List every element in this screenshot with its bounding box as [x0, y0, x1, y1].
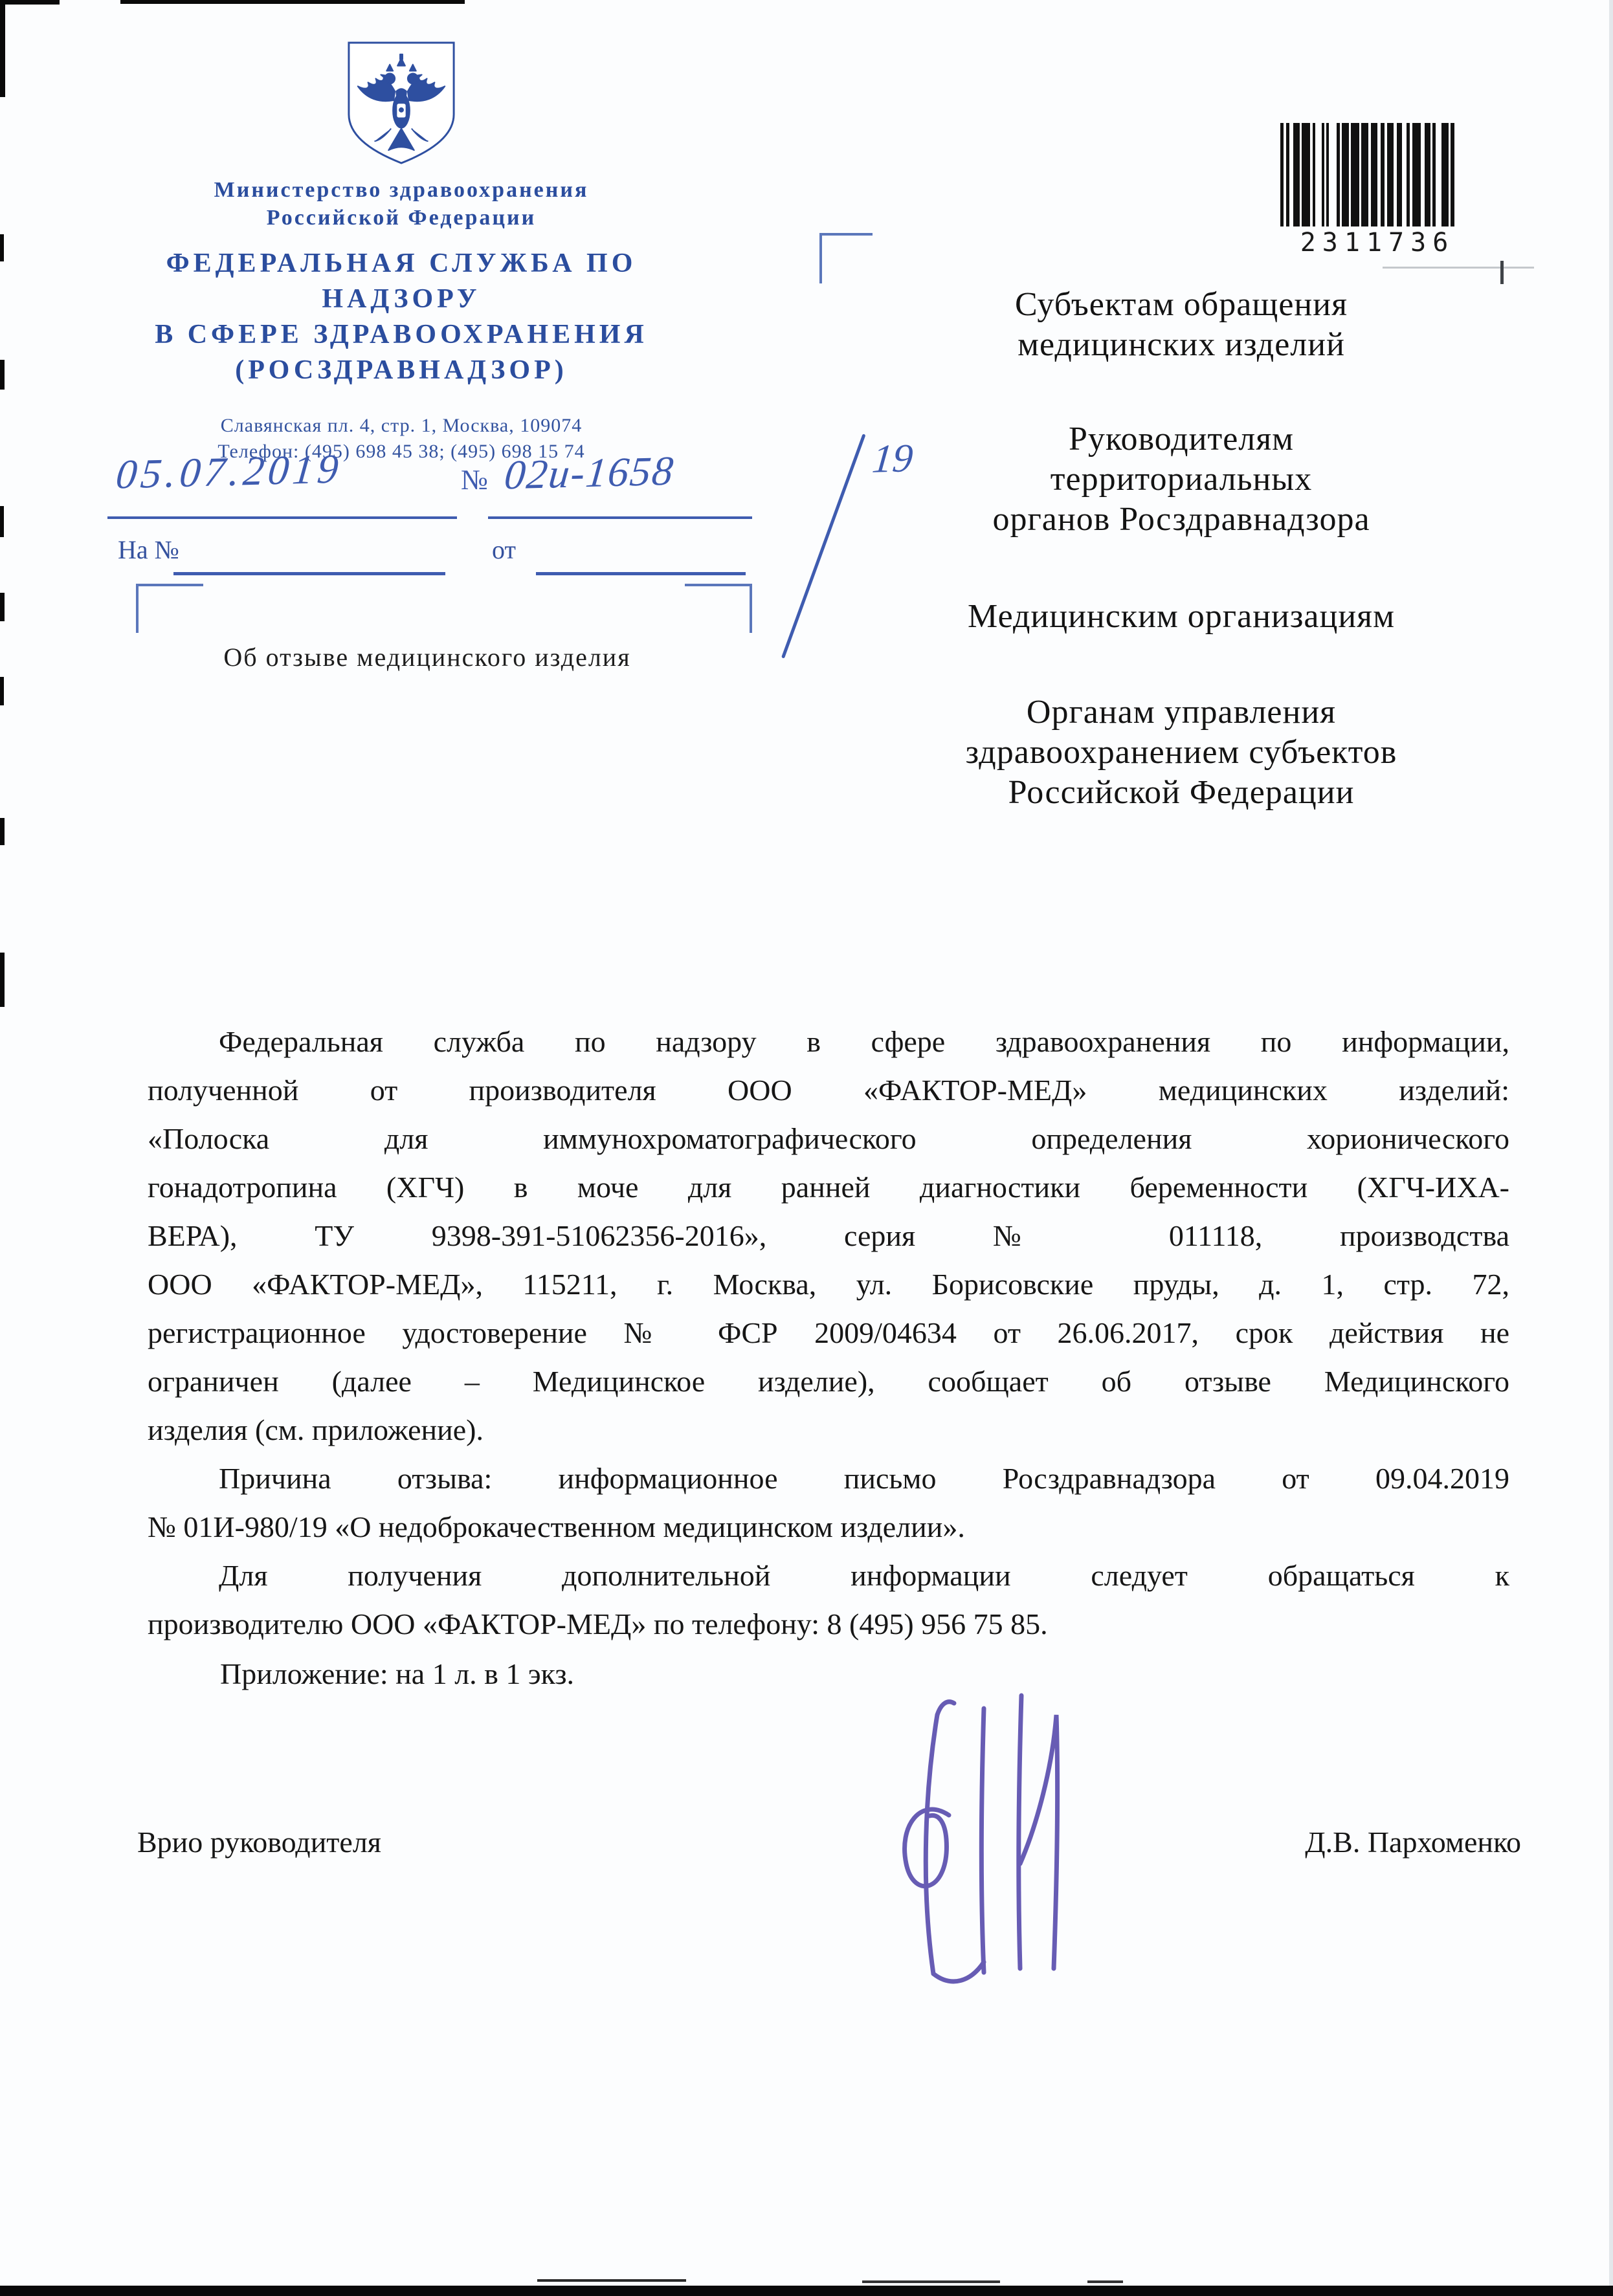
agency-line: ФЕДЕРАЛЬНАЯ СЛУЖБА ПО НАДЗОРУ — [91, 246, 712, 317]
outgoing-date-handwritten: 05.07.2019 — [114, 445, 344, 498]
reply-date-underline — [536, 572, 746, 575]
recipient-line: Медицинским организациям — [841, 597, 1521, 637]
scan-artifact — [0, 818, 5, 845]
outgoing-number-handwritten: 02и-1658 — [502, 447, 676, 500]
body-line: ВЕРА), ТУ 9398-391-51062356-2016», серия… — [148, 1211, 1509, 1260]
corner-mark — [685, 584, 752, 633]
body-line: полученной от производителя ООО «ФАКТОР-… — [148, 1066, 1509, 1114]
scan-artifact — [0, 953, 5, 1007]
recipient-line: территориальных — [841, 459, 1521, 500]
corner-mark — [136, 584, 203, 633]
scan-artifact — [0, 360, 5, 390]
agency-address: Славянская пл. 4, стр. 1, Москва, 109074 — [91, 413, 712, 439]
letterhead: Министерство здравоохранения Российской … — [91, 39, 712, 465]
scan-artifact — [0, 593, 5, 621]
recipient-line: здравоохранением субъектов — [841, 733, 1521, 773]
body-line: № 01И-980/19 «О недоброкачественном меди… — [148, 1503, 1509, 1551]
body-line: Причина отзыва: информационное письмо Ро… — [148, 1454, 1509, 1503]
letter-body: Федеральная служба по надзору в сфере зд… — [148, 1017, 1509, 1648]
agency-line: В СФЕРЕ ЗДРАВООХРАНЕНИЯ — [91, 317, 712, 353]
scan-artifact — [0, 506, 4, 537]
scan-artifact — [0, 2286, 1613, 2296]
ministry-line: Российской Федерации — [91, 204, 712, 232]
recipient-group: Органам управления здравоохранением субъ… — [841, 692, 1521, 813]
recipient-group: Субъектам обращения медицинских изделий — [841, 285, 1521, 365]
ministry-name: Министерство здравоохранения Российской … — [91, 176, 712, 232]
body-line: ООО «ФАКТОР-МЕД», 115211, г. Москва, ул.… — [148, 1260, 1509, 1308]
scan-artifact — [1500, 261, 1504, 284]
letter-subject: Об отзыве медицинского изделия — [162, 642, 693, 672]
recipients-block: Субъектам обращения медицинских изделий … — [841, 285, 1521, 813]
agency-line: (РОСЗДРАВНАДЗОР) — [91, 353, 712, 388]
body-line: регистрационное удостоверение № ФСР 2009… — [148, 1308, 1509, 1357]
body-line: ограничен (далее – Медицинское изделие),… — [148, 1357, 1509, 1406]
recipient-line: медицинских изделий — [841, 325, 1521, 365]
agency-name: ФЕДЕРАЛЬНАЯ СЛУЖБА ПО НАДЗОРУ В СФЕРЕ ЗД… — [91, 246, 712, 388]
date-underline — [107, 516, 457, 519]
scan-artifact — [0, 234, 4, 261]
barcode-bars — [1280, 123, 1474, 226]
scan-artifact — [862, 2280, 1000, 2283]
scan-artifact — [1383, 267, 1534, 269]
body-line: Для получения дополнительной информации … — [148, 1551, 1509, 1600]
scan-artifact — [0, 0, 60, 5]
scan-artifact — [1087, 2280, 1123, 2283]
ministry-line: Министерство здравоохранения — [91, 176, 712, 204]
recipient-line: Российской Федерации — [841, 773, 1521, 813]
attachment-note: Приложение: на 1 л. в 1 экз. — [220, 1657, 574, 1691]
recipient-line: органов Росздравнадзора — [841, 500, 1521, 540]
signer-position: Врио руководителя — [137, 1825, 381, 1859]
barcode: 2311736 — [1280, 123, 1474, 258]
body-line: Федеральная служба по надзору в сфере зд… — [148, 1017, 1509, 1066]
scan-artifact — [537, 2279, 686, 2282]
reply-from-label: от — [492, 535, 516, 565]
body-line: изделия (см. приложение). — [148, 1406, 1509, 1454]
body-line: гонадотропина (ХГЧ) в моче для ранней ди… — [148, 1163, 1509, 1211]
recipient-line: Руководителям — [841, 419, 1521, 459]
barcode-digits: 2311736 — [1280, 228, 1474, 258]
body-line: производителю ООО «ФАКТОР-МЕД» по телефо… — [148, 1600, 1509, 1648]
recipient-group: Руководителям территориальных органов Ро… — [841, 419, 1521, 540]
scanned-letter-page: Министерство здравоохранения Российской … — [0, 0, 1613, 2296]
scan-artifact — [120, 0, 465, 4]
scan-artifact — [0, 0, 5, 97]
coat-of-arms-icon — [344, 39, 459, 167]
number-underline — [488, 516, 752, 519]
reply-number-underline — [173, 572, 445, 575]
scan-artifact — [1609, 0, 1613, 2296]
recipient-line: Субъектам обращения — [841, 285, 1521, 325]
signature-ink — [887, 1670, 1081, 1987]
signer-name: Д.В. Пархоменко — [1217, 1825, 1521, 1859]
corner-mark — [819, 233, 873, 283]
reply-to-label: На № — [118, 535, 179, 565]
recipient-group: Медицинским организациям — [841, 597, 1521, 637]
body-line: «Полоска для иммунохроматографического о… — [148, 1114, 1509, 1163]
number-sign: № — [461, 463, 488, 496]
scan-artifact — [0, 677, 4, 705]
recipient-line: Органам управления — [841, 692, 1521, 733]
